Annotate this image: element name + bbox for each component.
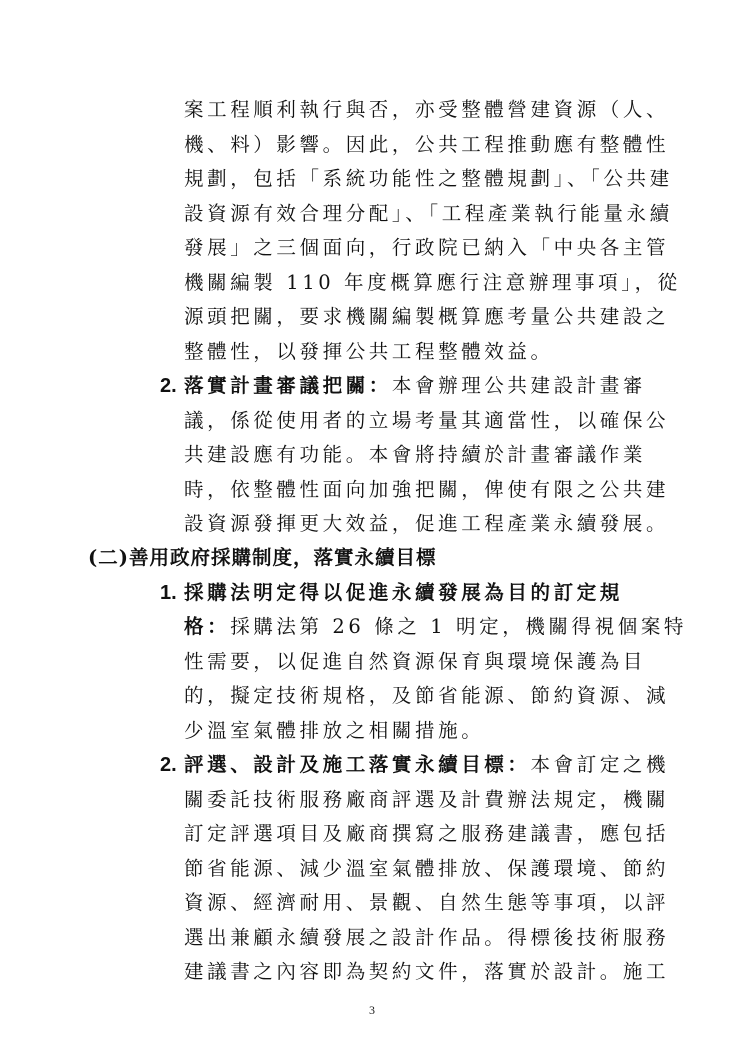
paragraph-line: 源頭把關，要求機關編製概算應考量公共建設之: [184, 304, 669, 330]
paragraph-line: 規劃，包括「系統功能性之整體規劃」、「公共建: [184, 166, 673, 192]
paragraph-line: 機、料）影響。因此，公共工程推動應有整體性: [184, 132, 669, 158]
paragraph-line: 選出兼顧永續發展之設計作品。得標後技術服務: [184, 925, 669, 951]
item-text: 本會訂定之機: [531, 753, 670, 776]
item-number: 2.: [160, 752, 177, 778]
item-title: 格：: [184, 615, 230, 638]
paragraph-line: 共建設應有功能。本會將持續於計畫審議作業: [184, 442, 646, 468]
paragraph-line: 少溫室氣體排放之相關措施。: [184, 718, 484, 744]
paragraph-line: 案工程順利執行與否，亦受整體營建資源（人、: [184, 97, 669, 123]
item-title: 評選、設計及施工落實永續目標：: [184, 753, 531, 776]
paragraph-line: 機關編製 110 年度概算應行注意辦理事項」，從: [184, 270, 681, 296]
paragraph-line: 發展」之三個面向，行政院已納入「中央各主管: [184, 235, 669, 261]
paragraph-line: 議，係從使用者的立場考量其適當性，以確保公: [184, 408, 669, 434]
item-title-line: 採購法明定得以促進永續發展為目的訂定規: [184, 580, 623, 606]
paragraph-line: 整體性，以發揮公共工程整體效益。: [184, 339, 554, 365]
paragraph-line: 節省能源、減少溫室氣體排放、保護環境、節約: [184, 856, 669, 882]
paragraph-line: 資源、經濟耐用、景觀、自然生態等事項，以評: [184, 890, 669, 916]
paragraph-line: 設資源有效合理分配」、「工程產業執行能量永續: [184, 201, 673, 227]
page-number: 3: [0, 1003, 744, 1018]
paragraph-line: 建議書之內容即為契約文件，落實於設計。施工: [184, 959, 669, 985]
paragraph-line: 時，依整體性面向加強把關，俾使有限之公共建: [184, 477, 669, 503]
item-number: 1.: [160, 580, 177, 606]
paragraph-line: 訂定評選項目及廠商撰寫之服務建議書，應包括: [184, 821, 669, 847]
item-text: 採購法第 26 條之 1 明定，機關得視個案特: [230, 615, 687, 638]
document-page: 案工程順利執行與否，亦受整體營建資源（人、 機、料）影響。因此，公共工程推動應有…: [0, 0, 744, 1052]
paragraph-line: 性需要，以促進自然資源保育與環境保護為目: [184, 649, 646, 675]
item-title: 落實計畫審議把關：: [184, 374, 392, 397]
paragraph-line: 設資源發揮更大效益，促進工程產業永續發展。: [184, 511, 669, 537]
paragraph-line: 關委託技術服務廠商評選及計費辦法規定，機關: [184, 787, 669, 813]
item-text: 本會辦理公共建設計畫審: [392, 374, 646, 397]
item-second-line: 格：採購法第 26 條之 1 明定，機關得視個案特: [184, 614, 687, 640]
item-first-line: 落實計畫審議把關：本會辦理公共建設計畫審: [184, 373, 646, 399]
item-first-line: 評選、設計及施工落實永續目標：本會訂定之機: [184, 752, 669, 778]
section-heading: (二)善用政府採購制度，落實永續目標: [88, 545, 436, 571]
item-number: 2.: [160, 373, 177, 399]
paragraph-line: 的，擬定技術規格，及節省能源、節約資源、減: [184, 683, 669, 709]
